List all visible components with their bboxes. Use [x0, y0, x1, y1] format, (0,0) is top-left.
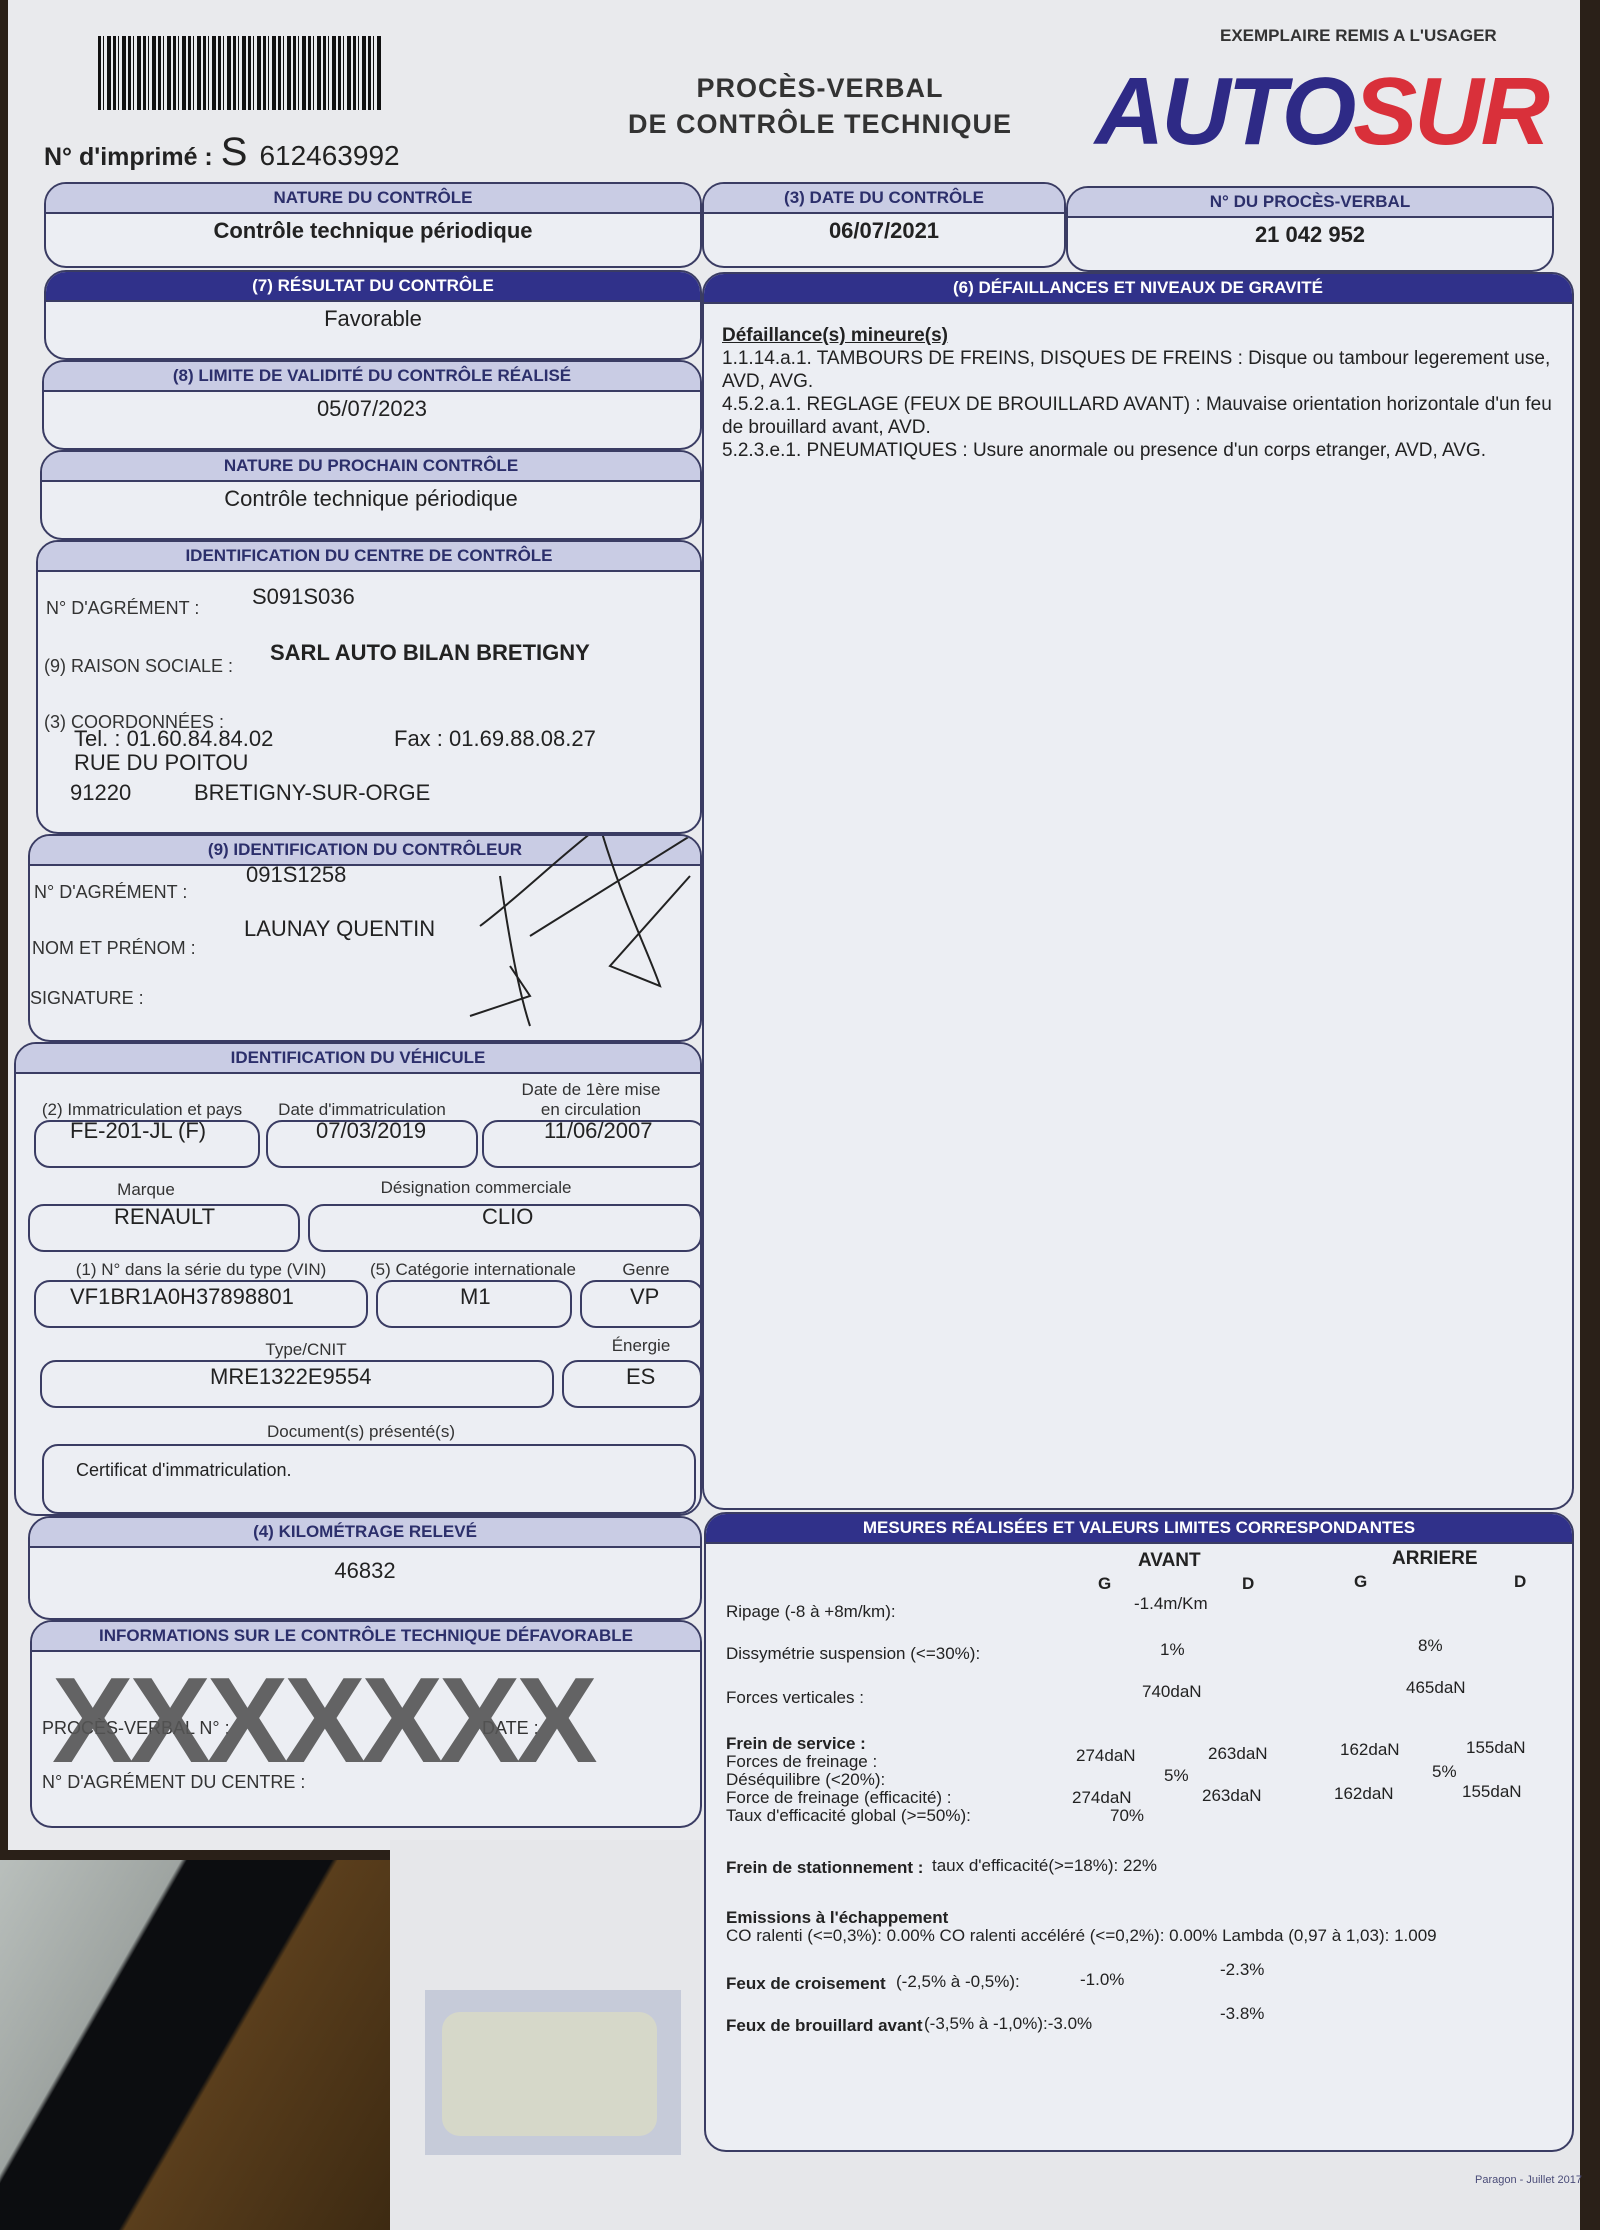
taux-label: Taux d'efficacité global (>=50%): [726, 1806, 971, 1826]
eff-avg: 274daN [1072, 1788, 1132, 1808]
ripage-value: -1.4m/Km [1134, 1594, 1208, 1614]
exemplaire-label: EXEMPLAIRE REMIS A L'USAGER [1220, 26, 1497, 46]
immat-label: (2) Immatriculation et pays [22, 1100, 262, 1120]
footer-note: Paragon - Juillet 2017 [1475, 2174, 1582, 2186]
croisement-range: (-2,5% à -0,5%): [896, 1972, 1020, 1992]
defaillances-list: Défaillance(s) mineure(s) 1.1.14.a.1. TA… [722, 324, 1562, 462]
agrement-label: N° D'AGRÉMENT : [34, 882, 187, 903]
centre-ville: BRETIGNY-SUR-ORGE [194, 780, 430, 806]
force-ard: 155daN [1466, 1738, 1526, 1758]
section-header: N° DU PROCÈS-VERBAL [1068, 188, 1552, 218]
defaillance-item: 4.5.2.a.1. REGLAGE (FEUX DE BROUILLARD A… [722, 393, 1562, 439]
stationnement-value: taux d'efficacité(>=18%): 22% [932, 1856, 1157, 1876]
raison-label: (9) RAISON SOCIALE : [44, 656, 233, 677]
avant-d: D [1242, 1574, 1254, 1594]
premiere-mise-label: Date de 1ère mise en circulation [516, 1080, 666, 1120]
barcode [98, 36, 382, 110]
croisement-d: -2.3% [1220, 1960, 1264, 1980]
frein-service-label: Frein de service : [726, 1734, 866, 1754]
fv-avant: 740daN [1142, 1682, 1202, 1702]
avant-g: G [1098, 1574, 1111, 1594]
type-value: MRE1322E9554 [210, 1364, 371, 1390]
forces-label: Forces de freinage : [726, 1752, 877, 1772]
resultat-value: Favorable [46, 306, 700, 332]
numero-imprime: N° d'imprimé :S612463992 [44, 130, 400, 175]
controleur-nom: LAUNAY QUENTIN [244, 916, 435, 942]
avant-header: AVANT [1138, 1550, 1201, 1572]
section-header: IDENTIFICATION DU CENTRE DE CONTRÔLE [38, 542, 700, 572]
prochain-controle-box: NATURE DU PROCHAIN CONTRÔLE Contrôle tec… [40, 450, 702, 540]
eff-avd: 263daN [1202, 1786, 1262, 1806]
genre-label: Genre [596, 1260, 696, 1280]
type-label: Type/CNIT [246, 1340, 366, 1360]
limite-validite-value: 05/07/2023 [44, 396, 700, 422]
dissym-avant: 1% [1160, 1640, 1185, 1660]
centre-fax: Fax : 01.69.88.08.27 [394, 726, 596, 752]
designation-label: Désignation commerciale [316, 1178, 636, 1198]
centre-agrement: S091S036 [252, 584, 355, 610]
categorie-value: M1 [460, 1284, 491, 1310]
autosur-logo: AUTOSUR [1095, 62, 1547, 162]
prochain-controle-value: Contrôle technique périodique [42, 486, 700, 512]
defaillance-item: 5.2.3.e.1. PNEUMATIQUES : Usure anormale… [722, 439, 1562, 462]
strike-through-marks: XXXXXXX [52, 1650, 594, 1790]
nom-label: NOM ET PRÉNOM : [32, 938, 196, 959]
numero-pv-box: N° DU PROCÈS-VERBAL 21 042 952 [1066, 186, 1554, 272]
fv-arriere: 465daN [1406, 1678, 1466, 1698]
genre-value: VP [630, 1284, 659, 1310]
signature-scribble [450, 834, 702, 1036]
mesures-box: MESURES RÉALISÉES ET VALEURS LIMITES COR… [704, 1512, 1574, 2152]
eff-ard: 155daN [1462, 1782, 1522, 1802]
centre-tel: Tel. : 01.60.84.84.02 [74, 726, 273, 752]
emissions-label: Emissions à l'échappement [726, 1908, 948, 1928]
arriere-g: G [1354, 1572, 1367, 1592]
section-header: (3) DATE DU CONTRÔLE [704, 184, 1064, 214]
section-header: (6) DÉFAILLANCES ET NIVEAUX DE GRAVITÉ [704, 274, 1572, 304]
defaillances-title: Défaillance(s) mineure(s) [722, 324, 1562, 347]
dissym-arriere: 8% [1418, 1636, 1443, 1656]
dissym-label: Dissymétrie suspension (<=30%): [726, 1644, 980, 1664]
limite-validite-box: (8) LIMITE DE VALIDITÉ DU CONTRÔLE RÉALI… [42, 360, 702, 450]
marque-label: Marque [76, 1180, 216, 1200]
controleur-agrement: 091S1258 [246, 862, 346, 888]
controleur-box: (9) IDENTIFICATION DU CONTRÔLEUR 091S125… [28, 834, 702, 1042]
centre-box: IDENTIFICATION DU CENTRE DE CONTRÔLE N° … [36, 540, 702, 834]
centre-raison: SARL AUTO BILAN BRETIGNY [270, 640, 590, 666]
section-header: MESURES RÉALISÉES ET VALEURS LIMITES COR… [706, 1514, 1572, 1544]
documents-value: Certificat d'immatriculation. [76, 1460, 292, 1481]
designation-value: CLIO [482, 1204, 533, 1230]
nature-controle-box: NATURE DU CONTRÔLE Contrôle technique pé… [44, 182, 702, 268]
date-immat-label: Date d'immatriculation [262, 1100, 462, 1120]
date-controle-box: (3) DATE DU CONTRÔLE 06/07/2021 [702, 182, 1066, 268]
section-header: NATURE DU PROCHAIN CONTRÔLE [42, 452, 700, 482]
marque-value: RENAULT [114, 1204, 215, 1230]
immat-value: FE-201-JL (F) [70, 1118, 206, 1144]
vin-label: (1) N° dans la série du type (VIN) [46, 1260, 356, 1280]
deseq-arriere: 5% [1432, 1762, 1457, 1782]
brouillard-range: (-3,5% à -1,0%):-3.0% [924, 2014, 1092, 2034]
section-header: NATURE DU CONTRÔLE [46, 184, 700, 214]
croisement-label: Feux de croisement [726, 1974, 886, 1994]
centre-rue: RUE DU POITOU [74, 750, 248, 776]
document-title: PROCÈS-VERBALDE CONTRÔLE TECHNIQUE [560, 70, 1080, 142]
nature-controle-value: Contrôle technique périodique [46, 218, 700, 244]
kilometrage-value: 46832 [30, 1558, 700, 1584]
emissions-values: CO ralenti (<=0,3%): 0.00% CO ralenti ac… [726, 1926, 1437, 1946]
ripage-label: Ripage (-8 à +8m/km): [726, 1602, 896, 1622]
eff-label: Force de freinage (efficacité) : [726, 1788, 952, 1808]
vehicule-box: IDENTIFICATION DU VÉHICULE (2) Immatricu… [14, 1042, 702, 1516]
croisement-g: -1.0% [1080, 1970, 1124, 1990]
section-header: IDENTIFICATION DU VÉHICULE [16, 1044, 700, 1074]
defaillances-box: (6) DÉFAILLANCES ET NIVEAUX DE GRAVITÉ D… [702, 272, 1574, 1510]
section-header: INFORMATIONS SUR LE CONTRÔLE TECHNIQUE D… [32, 1622, 700, 1652]
section-header: (7) RÉSULTAT DU CONTRÔLE [46, 272, 700, 302]
signature-label: SIGNATURE : [30, 988, 144, 1009]
centre-cp: 91220 [70, 780, 131, 806]
energie-label: Énergie [596, 1336, 686, 1356]
photo-background [0, 1860, 390, 2230]
date-immat-value: 07/03/2019 [316, 1118, 426, 1144]
arriere-d: D [1514, 1572, 1526, 1592]
vin-value: VF1BR1A0H37898801 [70, 1284, 294, 1310]
premiere-mise-value: 11/06/2007 [544, 1118, 652, 1144]
categorie-label: (5) Catégorie internationale [368, 1260, 578, 1280]
taux-value: 70% [1110, 1806, 1144, 1826]
section-header: (4) KILOMÉTRAGE RELEVÉ [30, 1518, 700, 1548]
kilometrage-box: (4) KILOMÉTRAGE RELEVÉ 46832 [28, 1516, 702, 1620]
brouillard-label: Feux de brouillard avant [726, 2016, 923, 2036]
documents-label: Document(s) présenté(s) [216, 1422, 506, 1442]
brouillard-d: -3.8% [1220, 2004, 1264, 2024]
deseq-label: Déséquilibre (<20%): [726, 1770, 885, 1790]
force-avg: 274daN [1076, 1746, 1136, 1766]
stationnement-label: Frein de stationnement : [726, 1858, 923, 1878]
date-controle-value: 06/07/2021 [704, 218, 1064, 244]
numero-pv-value: 21 042 952 [1068, 222, 1552, 248]
envelope-window [425, 1990, 681, 2155]
fv-label: Forces verticales : [726, 1688, 864, 1708]
eff-arg: 162daN [1334, 1784, 1394, 1804]
deseq-avant: 5% [1164, 1766, 1189, 1786]
force-arg: 162daN [1340, 1740, 1400, 1760]
agrement-label: N° D'AGRÉMENT : [46, 598, 199, 619]
force-avd: 263daN [1208, 1744, 1268, 1764]
resultat-box: (7) RÉSULTAT DU CONTRÔLE Favorable [44, 270, 702, 360]
section-header: (8) LIMITE DE VALIDITÉ DU CONTRÔLE RÉALI… [44, 362, 700, 392]
arriere-header: ARRIERE [1392, 1548, 1478, 1570]
energie-value: ES [626, 1364, 655, 1390]
defaillance-item: 1.1.14.a.1. TAMBOURS DE FREINS, DISQUES … [722, 347, 1562, 393]
